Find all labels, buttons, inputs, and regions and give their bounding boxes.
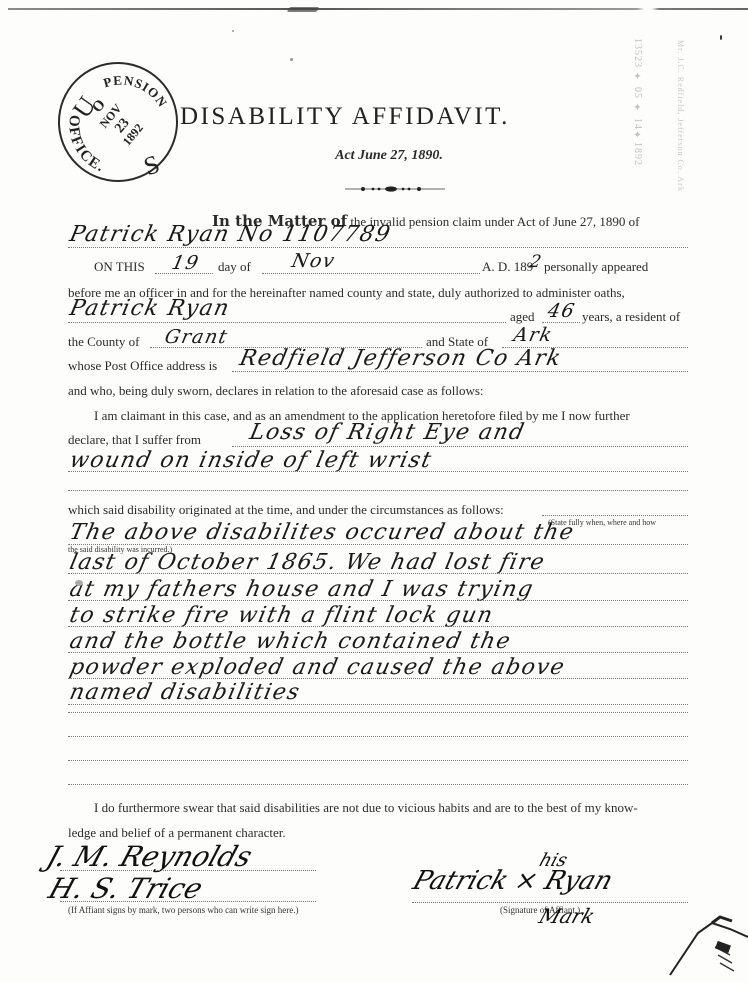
circumstance-line: and the bottle which contained the [67,629,513,654]
sworn-text: and who, being duly sworn, declares in r… [68,383,484,399]
circumstance-rule [68,573,688,574]
document-subtitle: Act June 27, 1890. [0,148,748,164]
disability-line-2: wound on inside of left wrist [67,448,434,473]
circumstance-line: to strike fire with a flint lock gun [67,603,496,628]
witness-rule-2 [60,901,316,902]
post-office-rule [232,371,688,372]
circumstance-line: at my fathers house and I was trying [67,577,536,602]
appeared-label: personally appeared [544,259,648,275]
day-value: 19 [170,252,202,274]
declare-label: declare, that I suffer from [68,432,201,448]
disability-rule-3 [68,490,688,491]
margin-note-vertical-2: Mr. J.C. Redfield, Jefferson Co. Ark [676,40,685,240]
originated-rule [542,515,688,516]
witness-rule-1 [60,870,316,871]
post-office-label: whose Post Office address is [68,358,217,374]
year-digit: 2 [528,252,545,272]
blank-rule [68,760,688,761]
ink-smudge [287,7,320,12]
speck [232,30,234,32]
circumstance-rule [68,544,688,545]
top-edge-rule [8,8,748,10]
aged-label: aged [510,309,535,325]
margin-note-vertical-1: 13523 ✦ 05 ✦ 14✦1892 [632,38,643,188]
on-this-label: ON THIS [94,259,145,275]
circumstance-rule [68,652,688,653]
originated-text: which said disability originated at the … [68,502,504,518]
circumstance-line: powder exploded and caused the above [67,655,567,680]
blank-rule [68,712,688,713]
circumstance-rule [68,704,688,705]
circumstance-line: last of October 1865. We had lost fire [67,550,547,575]
witness-1-signature: J. M. Reynolds [43,840,257,873]
affiant-name: Patrick Ryan [67,296,232,321]
witness-note: (If Affiant signs by mark, two persons w… [68,905,299,915]
speck [290,58,293,61]
month-value: Nov [290,250,338,272]
post-office-value: Redfield Jefferson Co Ark [237,346,564,371]
years-resident-label: years, a resident of [582,309,680,325]
disability-line-1: Loss of Right Eye and [247,420,527,445]
circumstance-rule [68,626,688,627]
speck [720,35,722,40]
swear-text-2: ledge and belief of a permanent characte… [68,825,286,841]
day-of-label: day of [218,259,251,275]
circumstance-rule [68,600,688,601]
disability-rule-2 [68,471,688,472]
affiant-signature: Patrick × Ryan [409,866,616,896]
age-value: 46 [546,300,578,322]
age-rule [542,322,580,323]
state-value: Ark [512,324,556,346]
document-title: DISABILITY AFFIDAVIT. [180,103,510,131]
circumstance-line: named disabilities [67,680,302,705]
affiant-rule [412,902,688,903]
county-label: the County of [68,334,140,350]
affiant-mark: Mark [536,904,598,928]
blank-rule [68,784,688,785]
speck [75,580,83,586]
county-value: Grant [163,326,231,348]
ad-label: A. D. 189 [482,259,533,275]
month-rule [262,273,480,274]
disability-rule-1 [232,446,688,447]
name-rule [68,322,506,323]
torn-corner [660,915,748,983]
swear-text: I do furthermore swear that said disabil… [94,800,638,816]
claimant-handwriting: Patrick Ryan No 1107789 [67,222,393,247]
claimant-rule [68,247,688,248]
ornamental-divider [345,183,445,195]
circumstance-line: The above disabilites occured about the [67,520,577,545]
blank-rule [68,736,688,737]
pension-office-stamp: PENSION OFFICE. U S O NOV 23 1892 [58,62,178,182]
circumstance-rule [68,678,688,679]
